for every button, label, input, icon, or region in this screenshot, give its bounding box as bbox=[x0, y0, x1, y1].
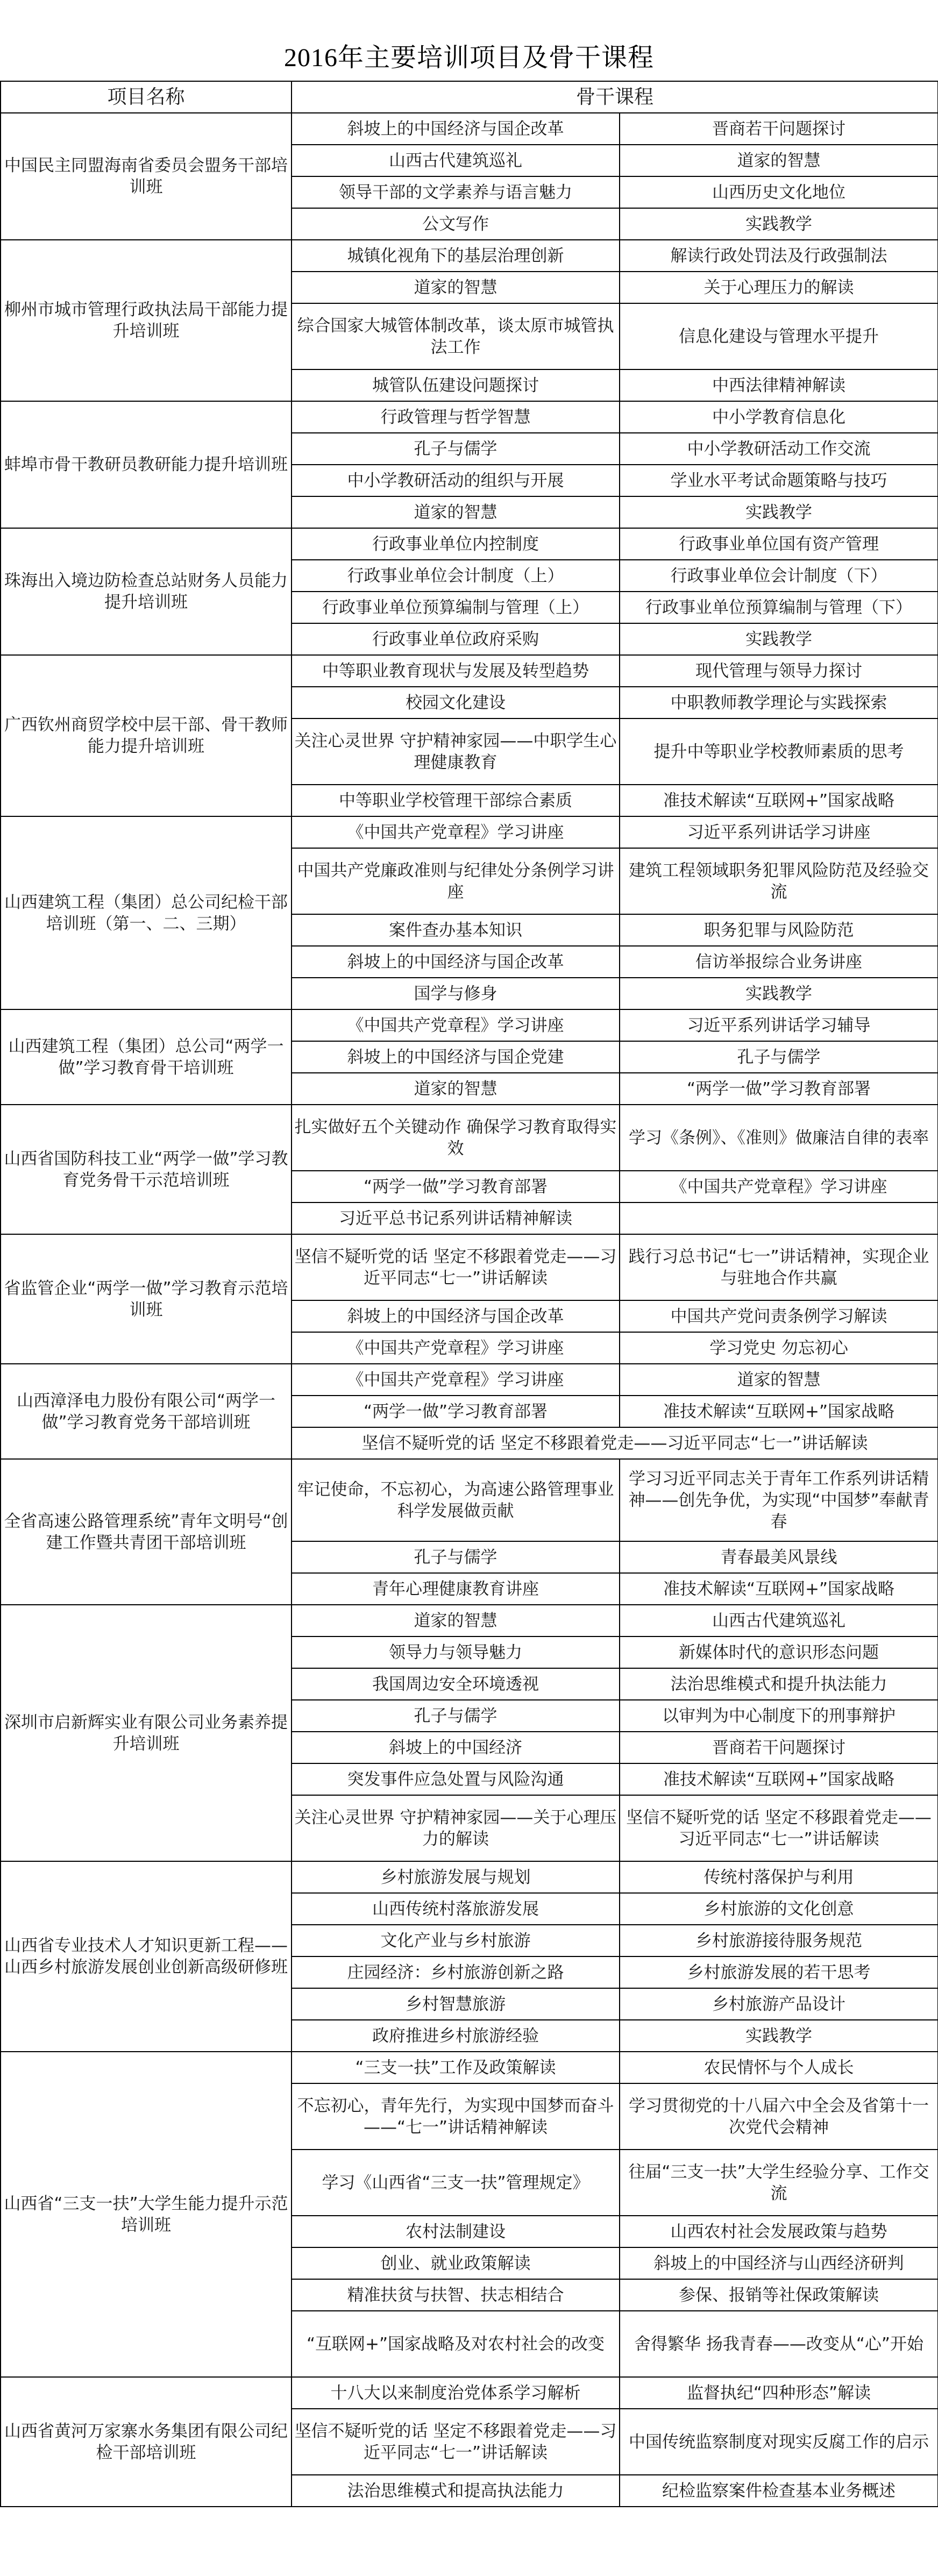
course-cell: 关注心灵世界 守护精神家园——关于心理压力的解读 bbox=[292, 1795, 620, 1861]
table-row: 山西建筑工程（集团）总公司纪检干部培训班（第一、二、三期）《中国共产党章程》学习… bbox=[1, 816, 938, 848]
course-cell: 关注心灵世界 守护精神家园——中职学生心理健康教育 bbox=[292, 718, 620, 785]
course-cell: 中小学教研活动的组织与开展 bbox=[292, 465, 620, 496]
course-cell: 孔子与儒学 bbox=[292, 433, 620, 465]
table-row: 柳州市城市管理行政执法局干部能力提升培训班城镇化视角下的基层治理创新解读行政处罚… bbox=[1, 240, 938, 272]
course-cell: 实践教学 bbox=[620, 978, 938, 1009]
course-cell: 信息化建设与管理水平提升 bbox=[620, 303, 938, 369]
course-cell: 往届“三支一扶”大学生经验分享、工作交流 bbox=[620, 2150, 938, 2216]
course-cell: 案件查办基本知识 bbox=[292, 914, 620, 946]
course-cell: 《中国共产党章程》学习讲座 bbox=[292, 1332, 620, 1364]
course-cell: 斜坡上的中国经济与国企改革 bbox=[292, 113, 620, 145]
course-cell: 学习《山西省“三支一扶”管理规定》 bbox=[292, 2150, 620, 2216]
course-cell: 道家的智慧 bbox=[292, 1605, 620, 1636]
course-cell: 孔子与儒学 bbox=[620, 1041, 938, 1073]
course-cell: 山西农村社会发展政策与趋势 bbox=[620, 2216, 938, 2247]
header-core-courses: 骨干课程 bbox=[292, 81, 938, 113]
course-cell: 《中国共产党章程》学习讲座 bbox=[292, 816, 620, 848]
course-cell: 准技术解读“互联网+”国家战略 bbox=[620, 1573, 938, 1605]
project-name-cell: 柳州市城市管理行政执法局干部能力提升培训班 bbox=[1, 240, 292, 401]
course-cell: 坚信不疑听党的话 坚定不移跟着党走——习近平同志“七一”讲话解读 bbox=[292, 2409, 620, 2475]
course-cell: 校园文化建设 bbox=[292, 687, 620, 718]
course-cell: 创业、就业政策解读 bbox=[292, 2247, 620, 2279]
course-cell: 精准扶贫与扶智、扶志相结合 bbox=[292, 2279, 620, 2311]
course-cell: “三支一扶”工作及政策解读 bbox=[292, 2052, 620, 2083]
table-row: 山西省专业技术人才知识更新工程——山西乡村旅游发展创业创新高级研修班乡村旅游发展… bbox=[1, 1861, 938, 1893]
course-cell: 行政事业单位内控制度 bbox=[292, 528, 620, 560]
course-cell: 实践教学 bbox=[620, 2020, 938, 2052]
project-name-cell: 山西漳泽电力股份有限公司“两学一做”学习教育党务干部培训班 bbox=[1, 1364, 292, 1459]
course-cell: 国学与修身 bbox=[292, 978, 620, 1009]
course-cell: 信访举报综合业务讲座 bbox=[620, 946, 938, 978]
course-cell: 牢记使命，不忘初心，为高速公路管理事业科学发展做贡献 bbox=[292, 1459, 620, 1541]
course-cell: 传统村落保护与利用 bbox=[620, 1861, 938, 1893]
course-cell: 青春最美风景线 bbox=[620, 1541, 938, 1573]
table-row: 深圳市启新辉实业有限公司业务素养提升培训班道家的智慧山西古代建筑巡礼 bbox=[1, 1605, 938, 1636]
project-name-cell: 全省高速公路管理系统”青年文明号“创建工作暨共青团干部培训班 bbox=[1, 1459, 292, 1605]
course-cell: 中国传统监察制度对现实反腐工作的启示 bbox=[620, 2409, 938, 2475]
project-name-cell: 山西省“三支一扶”大学生能力提升示范培训班 bbox=[1, 2052, 292, 2377]
project-name-cell: 广西钦州商贸学校中层干部、骨干教师能力提升培训班 bbox=[1, 655, 292, 816]
course-cell: 践行习总书记“七一”讲话精神，实现企业与驻地合作共赢 bbox=[620, 1234, 938, 1300]
course-cell: 青年心理健康教育讲座 bbox=[292, 1573, 620, 1605]
header-project-name: 项目名称 bbox=[1, 81, 292, 113]
course-cell: 我国周边安全环境透视 bbox=[292, 1668, 620, 1700]
course-cell: 中等职业教育现状与发展及转型趋势 bbox=[292, 655, 620, 687]
course-cell: 道家的智慧 bbox=[292, 272, 620, 303]
course-cell: 领导干部的文学素养与语言魅力 bbox=[292, 176, 620, 208]
course-cell: 孔子与儒学 bbox=[292, 1700, 620, 1732]
project-name-cell: 蚌埠市骨干教研员教研能力提升培训班 bbox=[1, 401, 292, 528]
course-cell: 中职教师教学理论与实践探索 bbox=[620, 687, 938, 718]
course-cell: 行政事业单位预算编制与管理（上） bbox=[292, 592, 620, 623]
course-cell: 行政事业单位政府采购 bbox=[292, 623, 620, 655]
course-cell: 实践教学 bbox=[620, 208, 938, 240]
course-cell: 中小学教研活动工作交流 bbox=[620, 433, 938, 465]
course-cell: 道家的智慧 bbox=[620, 1364, 938, 1396]
course-cell: 道家的智慧 bbox=[292, 496, 620, 528]
course-cell: 《中国共产党章程》学习讲座 bbox=[292, 1009, 620, 1041]
table-row: 中国民主同盟海南省委员会盟务干部培训班斜坡上的中国经济与国企改革晋商若干问题探讨 bbox=[1, 113, 938, 145]
course-cell: 中西法律精神解读 bbox=[620, 369, 938, 401]
course-cell: 农民情怀与个人成长 bbox=[620, 2052, 938, 2083]
course-cell: 现代管理与领导力探讨 bbox=[620, 655, 938, 687]
project-name-cell: 山西建筑工程（集团）总公司纪检干部培训班（第一、二、三期） bbox=[1, 816, 292, 1009]
course-cell: 法治思维模式和提升执法能力 bbox=[620, 1668, 938, 1700]
course-cell: 中国共产党廉政准则与纪律处分条例学习讲座 bbox=[292, 848, 620, 914]
course-cell: 舍得繁华 扬我青春——改变从“心”开始 bbox=[620, 2311, 938, 2377]
course-cell: 斜坡上的中国经济与国企党建 bbox=[292, 1041, 620, 1073]
course-cell: 建筑工程领域职务犯罪风险防范及经验交流 bbox=[620, 848, 938, 914]
course-cell: 乡村旅游发展与规划 bbox=[292, 1861, 620, 1893]
course-cell: “互联网+”国家战略及对农村社会的改变 bbox=[292, 2311, 620, 2377]
table-row: 山西省国防科技工业“两学一做”学习教育党务骨干示范培训班扎实做好五个关键动作 确… bbox=[1, 1105, 938, 1171]
course-cell: 学习贯彻党的十八届六中全会及省第十一次党代会精神 bbox=[620, 2083, 938, 2150]
course-cell: 乡村旅游接待服务规范 bbox=[620, 1925, 938, 1956]
course-cell: 不忘初心，青年先行，为实现中国梦而奋斗——“七一”讲话精神解读 bbox=[292, 2083, 620, 2150]
course-cell: 中国共产党问责条例学习解读 bbox=[620, 1300, 938, 1332]
course-cell: 乡村旅游的文化创意 bbox=[620, 1893, 938, 1925]
course-cell: 山西古代建筑巡礼 bbox=[620, 1605, 938, 1636]
course-cell: 道家的智慧 bbox=[620, 145, 938, 176]
course-cell: 行政事业单位会计制度（下） bbox=[620, 560, 938, 592]
course-cell: 晋商若干问题探讨 bbox=[620, 1732, 938, 1763]
course-cell: 城管队伍建设问题探讨 bbox=[292, 369, 620, 401]
course-cell: 解读行政处罚法及行政强制法 bbox=[620, 240, 938, 272]
course-cell: 山西历史文化地位 bbox=[620, 176, 938, 208]
course-cell: 准技术解读“互联网+”国家战略 bbox=[620, 785, 938, 816]
project-name-cell: 山西建筑工程（集团）总公司“两学一做”学习教育骨干培训班 bbox=[1, 1009, 292, 1105]
table-row: 蚌埠市骨干教研员教研能力提升培训班行政管理与哲学智慧中小学教育信息化 bbox=[1, 401, 938, 433]
project-name-cell: 珠海出入境边防检查总站财务人员能力提升培训班 bbox=[1, 528, 292, 655]
training-projects-table: 项目名称 骨干课程 中国民主同盟海南省委员会盟务干部培训班斜坡上的中国经济与国企… bbox=[0, 81, 938, 2507]
project-name-cell: 山西省黄河万家寨水务集团有限公司纪检干部培训班 bbox=[1, 2377, 292, 2507]
course-cell: 孔子与儒学 bbox=[292, 1541, 620, 1573]
course-cell: 习近平系列讲话学习讲座 bbox=[620, 816, 938, 848]
course-cell: 道家的智慧 bbox=[292, 1073, 620, 1105]
course-cell: “两学一做”学习教育部署 bbox=[292, 1171, 620, 1202]
course-cell: 参保、报销等社保政策解读 bbox=[620, 2279, 938, 2311]
course-cell: 行政事业单位会计制度（上） bbox=[292, 560, 620, 592]
page-title: 2016年主要培训项目及骨干课程 bbox=[0, 42, 938, 74]
table-row: 广西钦州商贸学校中层干部、骨干教师能力提升培训班中等职业教育现状与发展及转型趋势… bbox=[1, 655, 938, 687]
table-body: 中国民主同盟海南省委员会盟务干部培训班斜坡上的中国经济与国企改革晋商若干问题探讨… bbox=[1, 113, 938, 2507]
course-cell: 山西古代建筑巡礼 bbox=[292, 145, 620, 176]
course-cell: 《中国共产党章程》学习讲座 bbox=[620, 1171, 938, 1202]
course-cell: 监督执纪“四种形态”解读 bbox=[620, 2377, 938, 2409]
course-cell: 提升中等职业学校教师素质的思考 bbox=[620, 718, 938, 785]
table-header-row: 项目名称 骨干课程 bbox=[1, 81, 938, 113]
course-cell-merged: 坚信不疑听党的话 坚定不移跟着党走——习近平同志“七一”讲话解读 bbox=[292, 1427, 938, 1459]
table-row: 山西省黄河万家寨水务集团有限公司纪检干部培训班十八大以来制度治党体系学习解析监督… bbox=[1, 2377, 938, 2409]
course-cell: 乡村智慧旅游 bbox=[292, 1988, 620, 2020]
course-cell: 学习习近平同志关于青年工作系列讲话精神——创先争优，为实现“中国梦”奉献青春 bbox=[620, 1459, 938, 1541]
course-cell: 学习党史 勿忘初心 bbox=[620, 1332, 938, 1364]
course-cell: 农村法制建设 bbox=[292, 2216, 620, 2247]
course-cell: 实践教学 bbox=[620, 623, 938, 655]
course-cell: 法治思维模式和提高执法能力 bbox=[292, 2475, 620, 2507]
project-name-cell: 山西省国防科技工业“两学一做”学习教育党务骨干示范培训班 bbox=[1, 1105, 292, 1234]
course-cell: 庄园经济：乡村旅游创新之路 bbox=[292, 1956, 620, 1988]
course-cell: 中小学教育信息化 bbox=[620, 401, 938, 433]
table-row: 山西漳泽电力股份有限公司“两学一做”学习教育党务干部培训班《中国共产党章程》学习… bbox=[1, 1364, 938, 1396]
project-name-cell: 深圳市启新辉实业有限公司业务素养提升培训班 bbox=[1, 1605, 292, 1861]
course-cell: 领导力与领导魅力 bbox=[292, 1636, 620, 1668]
course-cell: 文化产业与乡村旅游 bbox=[292, 1925, 620, 1956]
course-cell: 扎实做好五个关键动作 确保学习教育取得实效 bbox=[292, 1105, 620, 1171]
project-name-cell: 山西省专业技术人才知识更新工程——山西乡村旅游发展创业创新高级研修班 bbox=[1, 1861, 292, 2052]
table-row: 山西省“三支一扶”大学生能力提升示范培训班“三支一扶”工作及政策解读农民情怀与个… bbox=[1, 2052, 938, 2083]
course-cell: 十八大以来制度治党体系学习解析 bbox=[292, 2377, 620, 2409]
course-cell: 坚信不疑听党的话 坚定不移跟着党走——习近平同志“七一”讲话解读 bbox=[620, 1795, 938, 1861]
course-cell: 斜坡上的中国经济与国企改革 bbox=[292, 1300, 620, 1332]
empty-course-cell bbox=[620, 1202, 938, 1234]
course-cell: 突发事件应急处置与风险沟通 bbox=[292, 1763, 620, 1795]
course-cell: 中等职业学校管理干部综合素质 bbox=[292, 785, 620, 816]
course-cell: 习近平总书记系列讲话精神解读 bbox=[292, 1202, 620, 1234]
course-cell: 习近平系列讲话学习辅导 bbox=[620, 1009, 938, 1041]
project-name-cell: 中国民主同盟海南省委员会盟务干部培训班 bbox=[1, 113, 292, 240]
course-cell: 行政事业单位国有资产管理 bbox=[620, 528, 938, 560]
course-cell: 关于心理压力的解读 bbox=[620, 272, 938, 303]
course-cell: 乡村旅游发展的若干思考 bbox=[620, 1956, 938, 1988]
course-cell: 坚信不疑听党的话 坚定不移跟着党走——习近平同志“七一”讲话解读 bbox=[292, 1234, 620, 1300]
course-cell: 政府推进乡村旅游经验 bbox=[292, 2020, 620, 2052]
course-cell: “两学一做”学习教育部署 bbox=[620, 1073, 938, 1105]
course-cell: 实践教学 bbox=[620, 496, 938, 528]
course-cell: 准技术解读“互联网+”国家战略 bbox=[620, 1396, 938, 1427]
course-cell: 晋商若干问题探讨 bbox=[620, 113, 938, 145]
course-cell: 行政管理与哲学智慧 bbox=[292, 401, 620, 433]
course-cell: 新媒体时代的意识形态问题 bbox=[620, 1636, 938, 1668]
course-cell: 乡村旅游产品设计 bbox=[620, 1988, 938, 2020]
course-cell: 斜坡上的中国经济与山西经济研判 bbox=[620, 2247, 938, 2279]
course-cell: 职务犯罪与风险防范 bbox=[620, 914, 938, 946]
course-cell: 以审判为中心制度下的刑事辩护 bbox=[620, 1700, 938, 1732]
course-cell: 学业水平考试命题策略与技巧 bbox=[620, 465, 938, 496]
table-row: 珠海出入境边防检查总站财务人员能力提升培训班行政事业单位内控制度行政事业单位国有… bbox=[1, 528, 938, 560]
course-cell: 纪检监察案件检查基本业务概述 bbox=[620, 2475, 938, 2507]
table-row: 山西建筑工程（集团）总公司“两学一做”学习教育骨干培训班《中国共产党章程》学习讲… bbox=[1, 1009, 938, 1041]
course-cell: 《中国共产党章程》学习讲座 bbox=[292, 1364, 620, 1396]
course-cell: 学习《条例》、《准则》做廉洁自律的表率 bbox=[620, 1105, 938, 1171]
course-cell: 综合国家大城管体制改革，谈太原市城管执法工作 bbox=[292, 303, 620, 369]
table-row: 省监管企业“两学一做”学习教育示范培训班坚信不疑听党的话 坚定不移跟着党走——习… bbox=[1, 1234, 938, 1300]
course-cell: 斜坡上的中国经济与国企改革 bbox=[292, 946, 620, 978]
course-cell: 山西传统村落旅游发展 bbox=[292, 1893, 620, 1925]
course-cell: 行政事业单位预算编制与管理（下） bbox=[620, 592, 938, 623]
course-cell: 准技术解读“互联网+”国家战略 bbox=[620, 1763, 938, 1795]
project-name-cell: 省监管企业“两学一做”学习教育示范培训班 bbox=[1, 1234, 292, 1364]
course-cell: 斜坡上的中国经济 bbox=[292, 1732, 620, 1763]
course-cell: “两学一做”学习教育部署 bbox=[292, 1396, 620, 1427]
table-row: 全省高速公路管理系统”青年文明号“创建工作暨共青团干部培训班牢记使命，不忘初心，… bbox=[1, 1459, 938, 1541]
course-cell: 城镇化视角下的基层治理创新 bbox=[292, 240, 620, 272]
course-cell: 公文写作 bbox=[292, 208, 620, 240]
